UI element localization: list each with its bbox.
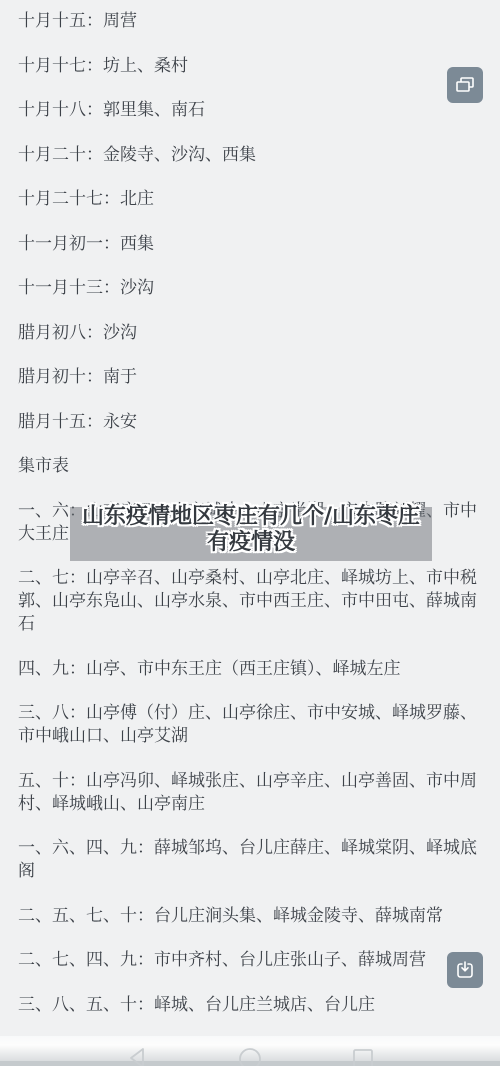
overlapping-windows-icon — [454, 74, 476, 96]
schedule-line: 十一月十三：沙沟 — [18, 277, 482, 300]
schedule-line: 腊月十五：永安 — [18, 411, 482, 434]
schedule-line: 十月十五：周营 — [18, 10, 482, 33]
market-line: 五、十：山亭冯卯、峄城张庄、山亭辛庄、山亭善固、市中周村、峄城峨山、山亭南庄 — [18, 770, 482, 816]
home-circle-icon[interactable] — [237, 1045, 263, 1066]
schedule-line: 十月十七：坊上、桑村 — [18, 55, 482, 78]
download-button[interactable] — [447, 952, 483, 988]
schedule-line: 十月二十七：北庄 — [18, 188, 482, 211]
market-line: 二、七、四、九：市中齐村、台儿庄张山子、薛城周营 — [18, 949, 482, 972]
watermark-title: 山东疫情地区枣庄有几个/山东枣庄 有疫情没 — [60, 504, 442, 556]
recents-square-icon[interactable] — [350, 1045, 376, 1066]
android-nav-bar — [0, 1036, 500, 1066]
schedule-line: 腊月初十：南于 — [18, 366, 482, 389]
watermark-title-band: 山东疫情地区枣庄有几个/山东枣庄 有疫情没 — [70, 507, 432, 561]
schedule-line: 十月二十：金陵寺、沙沟、西集 — [18, 144, 482, 167]
download-tray-icon — [454, 959, 476, 981]
market-line: 一、六、四、九：薛城邹坞、台儿庄薛庄、峄城棠阴、峄城底阁 — [18, 837, 482, 883]
schedule-line: 十月十八：郭里集、南石 — [18, 99, 482, 122]
market-line: 三、八：山亭傅（付）庄、山亭徐庄、市中安城、峄城罗藤、市中峨山口、山亭艾湖 — [18, 702, 482, 748]
section-heading: 集市表 — [18, 455, 482, 478]
multi-window-button[interactable] — [447, 67, 483, 103]
watermark-title-line2: 有疫情没 — [60, 530, 442, 556]
page: 十月十五：周营 十月十七：坊上、桑村 十月十八：郭里集、南石 十月二十：金陵寺、… — [0, 0, 500, 1066]
market-line: 四、九：山亭、市中东王庄（西王庄镇）、峄城左庄 — [18, 658, 482, 681]
market-line: 二、七：山亭辛召、山亭桑村、山亭北庄、峄城坊上、市中税郭、山亭东凫山、山亭水泉、… — [18, 567, 482, 636]
schedule-line: 腊月初八：沙沟 — [18, 322, 482, 345]
schedule-line: 十一月初一：西集 — [18, 233, 482, 256]
market-line: 三、八、五、十：峄城、台儿庄兰城店、台儿庄 — [18, 994, 482, 1017]
watermark-title-line1: 山东疫情地区枣庄有几个/山东枣庄 — [60, 504, 442, 530]
market-line: 二、五、七、十：台儿庄涧头集、峄城金陵寺、薛城南常 — [18, 905, 482, 928]
back-icon[interactable] — [124, 1045, 150, 1066]
